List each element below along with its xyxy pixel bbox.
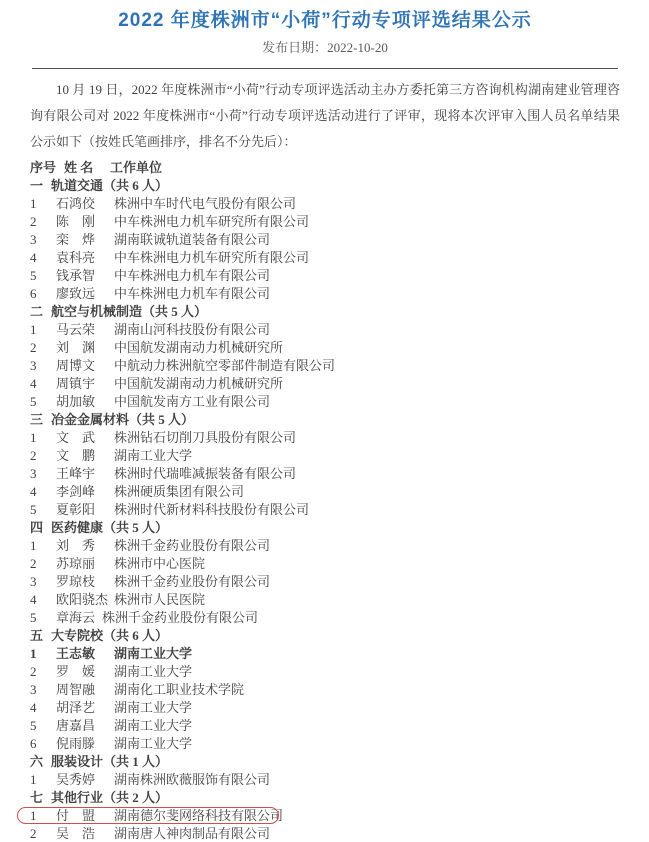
table-row: 6 廖致远 中车株洲电力机车有限公司: [30, 285, 620, 303]
row-number: 2: [30, 555, 56, 573]
row-company: 中车株洲电力机车研究所有限公司: [114, 249, 620, 267]
sections-container: 一 轨道交通（共 6 人） 1 石鸿佼 株洲中车时代电气股份有限公司 2 陈 刚…: [30, 177, 620, 842]
table-row: 1 文 武 株洲钻石切削刀具股份有限公司: [30, 429, 620, 447]
table-row: 1 马云荣 湖南山河科技股份有限公司: [30, 321, 620, 339]
row-company: 株洲千金药业股份有限公司: [114, 537, 620, 555]
section-numeral: 六: [30, 753, 51, 771]
row-company: 株洲硬质集团有限公司: [114, 483, 620, 501]
table-row: 2 刘 渊 中国航发湖南动力机械研究所: [30, 339, 620, 357]
row-number: 3: [30, 231, 56, 249]
section-numeral: 二: [30, 303, 51, 321]
row-number: 4: [30, 375, 56, 393]
row-name: 周博文: [56, 357, 114, 375]
row-company: 株洲中车时代电气股份有限公司: [114, 195, 620, 213]
section-header: 七 其他行业（共 2 人）: [30, 789, 620, 807]
section: 六 服装设计（共 1 人） 1 吴秀婷 湖南株洲欧薇服饰有限公司: [30, 753, 620, 789]
row-company: 湖南联诚轨道装备有限公司: [114, 231, 620, 249]
table-row: 3 王峰宇 株洲时代瑞唯减振装备有限公司: [30, 465, 620, 483]
page-title: 2022 年度株洲市“小荷”行动专项评选结果公示: [30, 8, 620, 34]
section-label: 服装设计（共 1 人）: [51, 753, 620, 771]
section-rows: 1 文 武 株洲钻石切削刀具股份有限公司 2 文 鹏 湖南工业大学 3 王峰宇 …: [30, 429, 620, 519]
table-row: 5 章海云 株洲千金药业股份有限公司: [30, 609, 620, 627]
row-name: 王峰宇: [56, 465, 114, 483]
row-number: 3: [30, 681, 56, 699]
row-number: 3: [30, 465, 56, 483]
row-name: 刘 渊: [56, 339, 114, 357]
table-row: 2 陈 刚 中车株洲电力机车研究所有限公司: [30, 213, 620, 231]
row-number: 2: [30, 447, 56, 465]
row-name: 苏琼丽: [56, 555, 114, 573]
row-name: 章海云: [56, 609, 102, 627]
row-name: 吴 浩: [56, 825, 114, 842]
section: 七 其他行业（共 2 人） 1 付 盟 湖南德尔斐网络科技有限公司 2 吴 浩 …: [30, 789, 620, 842]
table-row: 3 栾 烨 湖南联诚轨道装备有限公司: [30, 231, 620, 249]
table-row: 2 苏琼丽 株洲市中心医院: [30, 555, 620, 573]
publish-date-label: 发布日期：: [262, 40, 327, 55]
row-number: 4: [30, 483, 56, 501]
row-name: 廖致远: [56, 285, 114, 303]
row-number: 1: [30, 537, 56, 555]
row-company: 株洲千金药业股份有限公司: [102, 609, 620, 627]
row-number: 3: [30, 357, 56, 375]
row-company: 株洲市人民医院: [114, 591, 620, 609]
section-rows: 1 付 盟 湖南德尔斐网络科技有限公司 2 吴 浩 湖南唐人神肉制品有限公司: [30, 807, 620, 842]
section: 一 轨道交通（共 6 人） 1 石鸿佼 株洲中车时代电气股份有限公司 2 陈 刚…: [30, 177, 620, 303]
row-company: 株洲钻石切削刀具股份有限公司: [114, 429, 620, 447]
table-row: 2 吴 浩 湖南唐人神肉制品有限公司: [30, 825, 620, 842]
row-number: 6: [30, 285, 56, 303]
row-company: 株洲市中心医院: [114, 555, 620, 573]
divider-line: [32, 68, 618, 69]
row-number: 2: [30, 213, 56, 231]
section-header: 一 轨道交通（共 6 人）: [30, 177, 620, 195]
row-number: 1: [30, 429, 56, 447]
table-row: 6 倪雨滕 湖南工业大学: [30, 735, 620, 753]
row-number: 5: [30, 393, 56, 411]
row-name: 罗琼枝: [56, 573, 114, 591]
table-row: 2 罗 媛 湖南工业大学: [30, 663, 620, 681]
row-number: 4: [30, 249, 56, 267]
row-number: 4: [30, 591, 56, 609]
row-number: 3: [30, 573, 56, 591]
row-name: 周智融: [56, 681, 114, 699]
section-header: 六 服装设计（共 1 人）: [30, 753, 620, 771]
section: 五 大专院校（共 6 人） 1 王志敏 湖南工业大学 2 罗 媛 湖南工业大学 …: [30, 627, 620, 753]
column-header-name: 姓 名: [64, 159, 110, 177]
section-header: 四 医药健康（共 5 人）: [30, 519, 620, 537]
table-row: 4 胡泽艺 湖南工业大学: [30, 699, 620, 717]
table-row: 1 吴秀婷 湖南株洲欧薇服饰有限公司: [30, 771, 620, 789]
table-row: 4 周镇宇 中国航发湖南动力机械研究所: [30, 375, 620, 393]
row-name: 栾 烨: [56, 231, 114, 249]
row-number: 5: [30, 717, 56, 735]
list-column-header: 序号 姓 名 工作单位: [30, 159, 620, 177]
table-row: 4 李剑峰 株洲硬质集团有限公司: [30, 483, 620, 501]
table-row: 1 王志敏 湖南工业大学: [30, 645, 620, 663]
row-name: 周镇宇: [56, 375, 114, 393]
table-row: 3 周博文 中航动力株洲航空零部件制造有限公司: [30, 357, 620, 375]
section-numeral: 五: [30, 627, 51, 645]
table-row: 5 胡加敏 中国航发南方工业有限公司: [30, 393, 620, 411]
section-label: 医药健康（共 5 人）: [51, 519, 620, 537]
row-company: 株洲时代瑞唯减振装备有限公司: [114, 465, 620, 483]
section-rows: 1 石鸿佼 株洲中车时代电气股份有限公司 2 陈 刚 中车株洲电力机车研究所有限…: [30, 195, 620, 303]
section-label: 轨道交通（共 6 人）: [51, 177, 620, 195]
column-header-number: 序号: [30, 159, 64, 177]
row-company: 中国航发湖南动力机械研究所: [114, 339, 620, 357]
section-numeral: 三: [30, 411, 51, 429]
row-company: 湖南唐人神肉制品有限公司: [114, 825, 620, 842]
table-row: 4 袁科亮 中车株洲电力机车研究所有限公司: [30, 249, 620, 267]
section-numeral: 四: [30, 519, 51, 537]
section: 二 航空与机械制造（共 5 人） 1 马云荣 湖南山河科技股份有限公司 2 刘 …: [30, 303, 620, 411]
row-company: 湖南工业大学: [114, 735, 620, 753]
section: 三 冶金金属材料（共 5 人） 1 文 武 株洲钻石切削刀具股份有限公司 2 文…: [30, 411, 620, 519]
row-number: 1: [30, 807, 56, 825]
row-company: 中车株洲电力机车研究所有限公司: [114, 213, 620, 231]
table-row: 3 罗琼枝 株洲千金药业股份有限公司: [30, 573, 620, 591]
results-list: 序号 姓 名 工作单位 一 轨道交通（共 6 人） 1 石鸿佼 株洲中车时代电气…: [30, 159, 620, 842]
row-number: 6: [30, 735, 56, 753]
row-company: 中航动力株洲航空零部件制造有限公司: [114, 357, 620, 375]
row-name: 钱承智: [56, 267, 114, 285]
table-row: 5 夏彰阳 株洲时代新材料科技股份有限公司: [30, 501, 620, 519]
row-name: 马云荣: [56, 321, 114, 339]
table-row: 1 石鸿佼 株洲中车时代电气股份有限公司: [30, 195, 620, 213]
row-company: 湖南工业大学: [114, 717, 620, 735]
column-header-company: 工作单位: [110, 159, 620, 177]
row-company: 湖南化工职业技术学院: [114, 681, 620, 699]
row-number: 1: [30, 771, 56, 789]
row-company: 中国航发南方工业有限公司: [114, 393, 620, 411]
publish-date: 发布日期：2022-10-20: [30, 40, 620, 56]
row-name: 袁科亮: [56, 249, 114, 267]
section-numeral: 一: [30, 177, 51, 195]
row-name: 胡泽艺: [56, 699, 114, 717]
row-company: 株洲千金药业股份有限公司: [114, 573, 620, 591]
row-company: 湖南工业大学: [114, 645, 620, 663]
table-row: 1 刘 秀 株洲千金药业股份有限公司: [30, 537, 620, 555]
row-company: 中车株洲电力机车有限公司: [114, 285, 620, 303]
row-name: 王志敏: [56, 645, 114, 663]
row-name: 刘 秀: [56, 537, 114, 555]
row-company: 中国航发湖南动力机械研究所: [114, 375, 620, 393]
row-number: 1: [30, 321, 56, 339]
row-number: 2: [30, 825, 56, 842]
intro-paragraph: 10 月 19 日，2022 年度株洲市“小荷”行动专项评选活动主办方委托第三方…: [30, 77, 620, 155]
row-name: 夏彰阳: [56, 501, 114, 519]
row-number: 5: [30, 609, 56, 627]
row-company: 湖南株洲欧薇服饰有限公司: [114, 771, 620, 789]
row-number: 2: [30, 663, 56, 681]
section: 四 医药健康（共 5 人） 1 刘 秀 株洲千金药业股份有限公司 2 苏琼丽 株…: [30, 519, 620, 627]
row-company: 湖南工业大学: [114, 699, 620, 717]
section-numeral: 七: [30, 789, 51, 807]
row-company: 湖南山河科技股份有限公司: [114, 321, 620, 339]
row-company: 湖南工业大学: [114, 663, 620, 681]
table-row: 3 周智融 湖南化工职业技术学院: [30, 681, 620, 699]
row-company: 中车株洲电力机车有限公司: [114, 267, 620, 285]
row-number: 5: [30, 501, 56, 519]
row-name: 文 武: [56, 429, 114, 447]
section-header: 三 冶金金属材料（共 5 人）: [30, 411, 620, 429]
section-label: 大专院校（共 6 人）: [51, 627, 620, 645]
row-name: 石鸿佼: [56, 195, 114, 213]
row-name: 付 盟: [56, 807, 114, 825]
row-number: 5: [30, 267, 56, 285]
row-name: 胡加敏: [56, 393, 114, 411]
row-name: 罗 媛: [56, 663, 114, 681]
section-label: 航空与机械制造（共 5 人）: [51, 303, 620, 321]
table-row: 4 欧阳骁杰 株洲市人民医院: [30, 591, 620, 609]
row-number: 1: [30, 195, 56, 213]
row-company: 湖南德尔斐网络科技有限公司: [114, 807, 620, 825]
row-name: 吴秀婷: [56, 771, 114, 789]
section-label: 冶金金属材料（共 5 人）: [51, 411, 620, 429]
section-header: 二 航空与机械制造（共 5 人）: [30, 303, 620, 321]
row-number: 2: [30, 339, 56, 357]
section-rows: 1 马云荣 湖南山河科技股份有限公司 2 刘 渊 中国航发湖南动力机械研究所 3…: [30, 321, 620, 411]
section-rows: 1 吴秀婷 湖南株洲欧薇服饰有限公司: [30, 771, 620, 789]
row-number: 1: [30, 645, 56, 663]
announcement-document: 2022 年度株洲市“小荷”行动专项评选结果公示 发布日期：2022-10-20…: [0, 0, 649, 842]
row-name: 倪雨滕: [56, 735, 114, 753]
table-row: 1 付 盟 湖南德尔斐网络科技有限公司: [30, 807, 620, 825]
row-name: 欧阳骁杰: [56, 591, 114, 609]
section-rows: 1 王志敏 湖南工业大学 2 罗 媛 湖南工业大学 3 周智融 湖南化工职业技术…: [30, 645, 620, 753]
row-name: 陈 刚: [56, 213, 114, 231]
section-header: 五 大专院校（共 6 人）: [30, 627, 620, 645]
section-label: 其他行业（共 2 人）: [51, 789, 620, 807]
row-name: 唐嘉昌: [56, 717, 114, 735]
table-row: 5 唐嘉昌 湖南工业大学: [30, 717, 620, 735]
section-rows: 1 刘 秀 株洲千金药业股份有限公司 2 苏琼丽 株洲市中心医院 3 罗琼枝 株…: [30, 537, 620, 627]
row-name: 文 鹏: [56, 447, 114, 465]
table-row: 2 文 鹏 湖南工业大学: [30, 447, 620, 465]
table-row: 5 钱承智 中车株洲电力机车有限公司: [30, 267, 620, 285]
row-company: 株洲时代新材料科技股份有限公司: [114, 501, 620, 519]
publish-date-value: 2022-10-20: [327, 40, 388, 55]
row-name: 李剑峰: [56, 483, 114, 501]
row-company: 湖南工业大学: [114, 447, 620, 465]
row-number: 4: [30, 699, 56, 717]
